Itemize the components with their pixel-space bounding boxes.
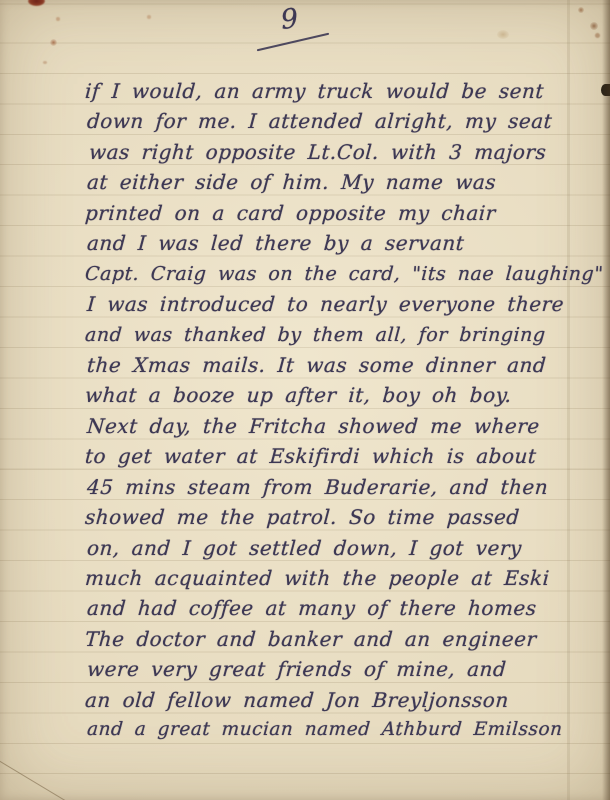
- handwritten-line: showed me the patrol. So time passed: [84, 502, 598, 532]
- handwritten-line: and was thanked by them all, for bringin…: [84, 320, 598, 350]
- page-number: 9: [279, 3, 299, 36]
- handwritten-line: what a booze up after it, boy oh boy.: [84, 380, 598, 410]
- foxing-spot: [497, 30, 509, 39]
- handwritten-line: The doctor and banker and an engineer: [84, 624, 598, 654]
- handwritten-line: Next day, the Fritcha showed me where: [84, 411, 598, 441]
- ink-stain: [28, 0, 45, 6]
- handwritten-line: at either side of him. My name was: [84, 167, 598, 197]
- handwritten-line: on, and I got settled down, I got very: [84, 533, 598, 563]
- foxing-spot: [43, 61, 47, 64]
- paper-crease: [0, 756, 71, 800]
- page-number-underline: [257, 33, 330, 52]
- foxing-spot: [590, 22, 598, 30]
- handwritten-line: to get water at Eskifirdi which is about: [84, 441, 598, 471]
- handwritten-line: printed on a card opposite my chair: [84, 198, 598, 228]
- foxing-spot: [56, 17, 60, 21]
- handwritten-text-block: if I would, an army truck would be sent …: [84, 76, 596, 746]
- handwritten-line: I was introduced to nearly everyone ther…: [84, 289, 598, 319]
- handwritten-line: the Xmas mails. It was some dinner and: [84, 350, 598, 380]
- handwritten-line: and a great mucian named Athburd Emilsso…: [84, 715, 598, 745]
- handwritten-line: if I would, an army truck would be sent: [84, 76, 598, 106]
- edge-ink-spot: [601, 84, 610, 96]
- handwritten-line: Capt. Craig was on the card, "its nae la…: [84, 259, 598, 289]
- diary-page: 9 if I would, an army truck would be sen…: [0, 0, 610, 800]
- foxing-spot: [50, 39, 57, 46]
- handwritten-line: were very great friends of mine, and: [84, 654, 598, 684]
- handwritten-line: an old fellow named Jon Breyljonsson: [84, 685, 598, 715]
- foxing-spot: [147, 15, 151, 19]
- handwritten-line: and had coffee at many of there homes: [84, 593, 598, 623]
- page-edge-shadow: [602, 0, 610, 800]
- handwritten-line: down for me. I attended alright, my seat: [84, 106, 598, 136]
- handwritten-line: was right opposite Lt.Col. with 3 majors: [84, 137, 598, 167]
- foxing-spot: [578, 7, 584, 13]
- handwritten-line: and I was led there by a servant: [84, 228, 598, 258]
- foxing-spot: [595, 33, 600, 38]
- handwritten-line: much acquainted with the people at Eski: [84, 563, 598, 593]
- handwritten-line: 45 mins steam from Buderarie, and then: [84, 472, 598, 502]
